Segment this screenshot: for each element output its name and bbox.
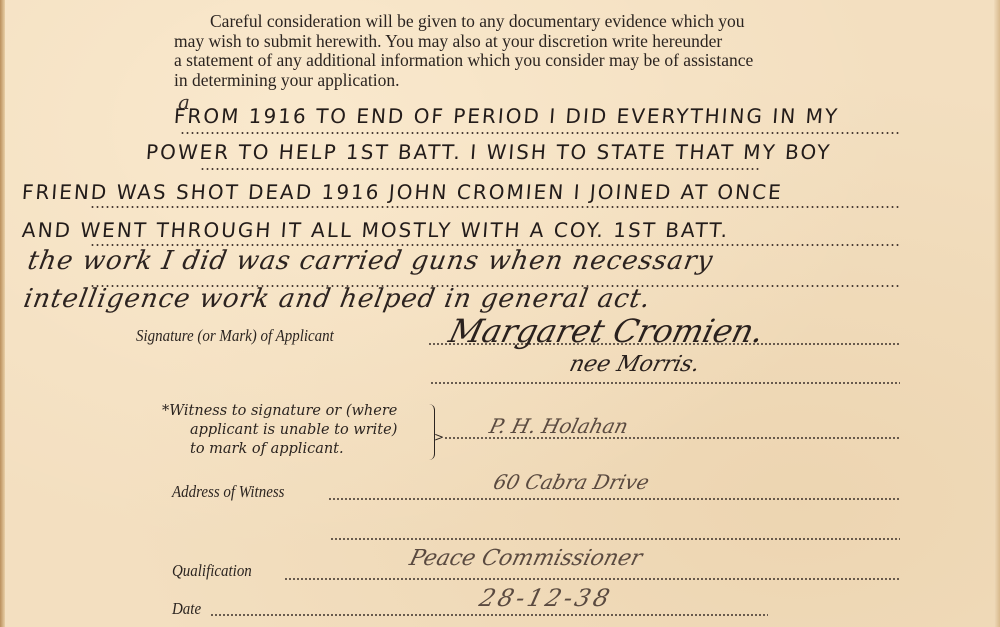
witness-label: *Witness to signature or (where applican… [162, 402, 397, 459]
applicant-maiden-name: nee Morris. [567, 352, 703, 377]
instructions-line-4: in determining your application. [174, 71, 904, 91]
witness-label-line-1: *Witness to signature or (where [162, 402, 397, 421]
date-dotted-line [210, 614, 768, 616]
statement-line-6: intelligence work and helped in general … [21, 284, 653, 314]
date-value: 28-12-38 [477, 584, 616, 612]
statement-line-2: POWER TO HELP 1ST BATT. I WISH TO STATE … [145, 140, 832, 164]
statement-line-5: the work I did was carried guns when nec… [25, 246, 715, 276]
witness-brace-tip: > [434, 430, 444, 444]
qualification-value: Peace Commissioner [407, 546, 645, 571]
signature-label: Signature (or Mark) of Applicant [136, 326, 334, 346]
qualification-dotted-line [284, 578, 900, 580]
address-dotted-line-2 [330, 538, 900, 540]
witness-signature: P. H. Holahan [487, 414, 631, 438]
address-of-witness-value: 60 Cabra Drive [491, 470, 652, 494]
paper-right-edge [994, 0, 1000, 627]
paper-left-edge [0, 0, 5, 627]
statement-dotted-line-2 [200, 168, 760, 170]
address-of-witness-label: Address of Witness [172, 482, 284, 502]
applicant-signature: Margaret Cromien. [445, 312, 768, 350]
instructions-paragraph: Careful consideration will be given to a… [174, 12, 904, 90]
statement-line-4: AND WENT THROUGH IT ALL MOSTLY WITH A CO… [21, 218, 730, 242]
address-dotted-line-1 [328, 498, 900, 500]
qualification-label: Qualification [172, 561, 252, 581]
witness-label-line-2: applicant is unable to write) [162, 421, 397, 440]
date-label: Date [172, 599, 201, 619]
witness-label-line-3: to mark of applicant. [162, 440, 397, 459]
statement-dotted-line-3 [90, 206, 900, 208]
statement-dotted-line-1 [180, 132, 900, 134]
instructions-line-3: a statement of any additional informatio… [174, 51, 904, 71]
statement-line-3: FRIEND WAS SHOT DEAD 1916 JOHN CROMIEN I… [21, 180, 783, 204]
instructions-line-1: Careful consideration will be given to a… [174, 12, 904, 32]
signature-dotted-line-2 [430, 382, 900, 384]
instructions-line-2: may wish to submit herewith. You may als… [174, 32, 904, 52]
statement-line-1: FROM 1916 TO END OF PERIOD I DID EVERYTH… [173, 104, 840, 128]
